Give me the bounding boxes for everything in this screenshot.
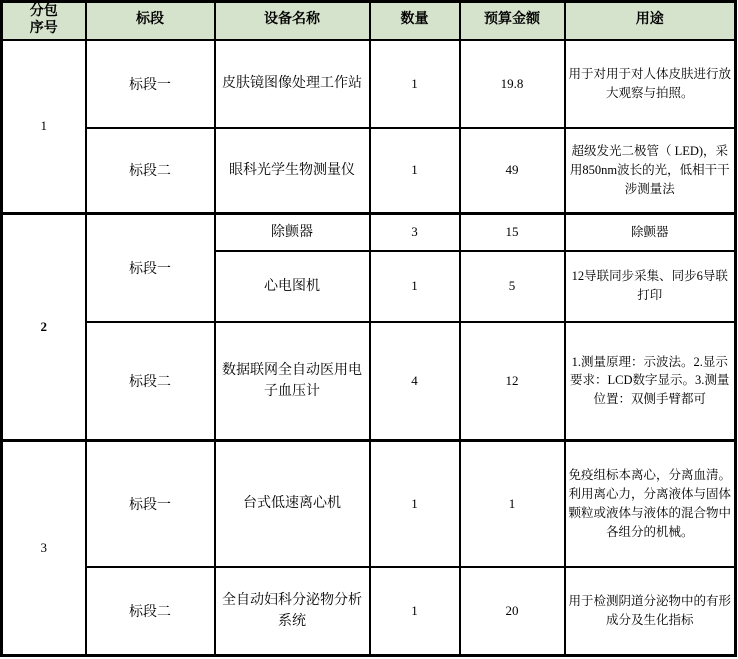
cell-equipment: 心电图机: [215, 251, 370, 322]
cell-budget: 15: [460, 214, 565, 251]
cell-quantity: 1: [370, 441, 460, 567]
table-row: 1 标段一 皮肤镜图像处理工作站 1 19.8 用于对用于对人体皮肤进行放大观察…: [2, 40, 736, 128]
cell-section: 标段二: [86, 322, 215, 441]
header-package-no: 分包 序号: [2, 2, 86, 40]
cell-section: 标段一: [86, 40, 215, 128]
cell-budget: 1: [460, 441, 565, 567]
cell-purpose: 免疫组标本离心，分离血清。利用离心力，分离液体与固体颗粒或液体与液体的混合物中各…: [565, 441, 736, 567]
cell-purpose: 12导联同步采集、同步6导联打印: [565, 251, 736, 322]
cell-package-no: 2: [2, 214, 86, 441]
cell-budget: 5: [460, 251, 565, 322]
table-row: 3 标段一 台式低速离心机 1 1 免疫组标本离心，分离血清。利用离心力，分离液…: [2, 441, 736, 567]
cell-package-no: 3: [2, 441, 86, 656]
cell-package-no: 1: [2, 40, 86, 214]
cell-budget: 19.8: [460, 40, 565, 128]
cell-equipment: 除颤器: [215, 214, 370, 251]
cell-section: 标段二: [86, 128, 215, 214]
table-row: 标段二 全自动妇科分泌物分析系统 1 20 用于检测阴道分泌物中的有形成分及生化…: [2, 567, 736, 656]
cell-purpose: 用于检测阴道分泌物中的有形成分及生化指标: [565, 567, 736, 656]
cell-quantity: 1: [370, 128, 460, 214]
cell-equipment: 全自动妇科分泌物分析系统: [215, 567, 370, 656]
cell-equipment: 皮肤镜图像处理工作站: [215, 40, 370, 128]
cell-budget: 12: [460, 322, 565, 441]
cell-quantity: 1: [370, 40, 460, 128]
header-section: 标段: [86, 2, 215, 40]
cell-purpose: 1.测量原理：示波法。2.显示要求：LCD数字显示。3.测量位置：双侧手臂都可: [565, 322, 736, 441]
cell-budget: 20: [460, 567, 565, 656]
cell-quantity: 3: [370, 214, 460, 251]
cell-section: 标段一: [86, 441, 215, 567]
header-purpose: 用途: [565, 2, 736, 40]
table-row: 标段二 数据联网全自动医用电子血压计 4 12 1.测量原理：示波法。2.显示要…: [2, 322, 736, 441]
cell-section: 标段一: [86, 214, 215, 322]
cell-purpose: 除颤器: [565, 214, 736, 251]
cell-budget: 49: [460, 128, 565, 214]
cell-quantity: 4: [370, 322, 460, 441]
header-equipment-name: 设备名称: [215, 2, 370, 40]
table-row: 2 标段一 除颤器 3 15 除颤器: [2, 214, 736, 251]
cell-quantity: 1: [370, 251, 460, 322]
cell-section: 标段二: [86, 567, 215, 656]
header-quantity: 数量: [370, 2, 460, 40]
cell-equipment: 眼科光学生物测量仪: [215, 128, 370, 214]
cell-equipment: 台式低速离心机: [215, 441, 370, 567]
cell-purpose: 超级发光二极管（ LED)，采用850nm波长的光，低相干干涉测量法: [565, 128, 736, 214]
cell-equipment: 数据联网全自动医用电子血压计: [215, 322, 370, 441]
header-row: 分包 序号 标段 设备名称 数量 预算金额 用途: [2, 2, 736, 40]
table-row: 标段二 眼科光学生物测量仪 1 49 超级发光二极管（ LED)，采用850nm…: [2, 128, 736, 214]
header-budget-amount: 预算金额: [460, 2, 565, 40]
cell-quantity: 1: [370, 567, 460, 656]
cell-purpose: 用于对用于对人体皮肤进行放大观察与拍照。: [565, 40, 736, 128]
procurement-table: 分包 序号 标段 设备名称 数量 预算金额 用途 1 标段一 皮肤镜图像处理工作…: [0, 0, 737, 657]
